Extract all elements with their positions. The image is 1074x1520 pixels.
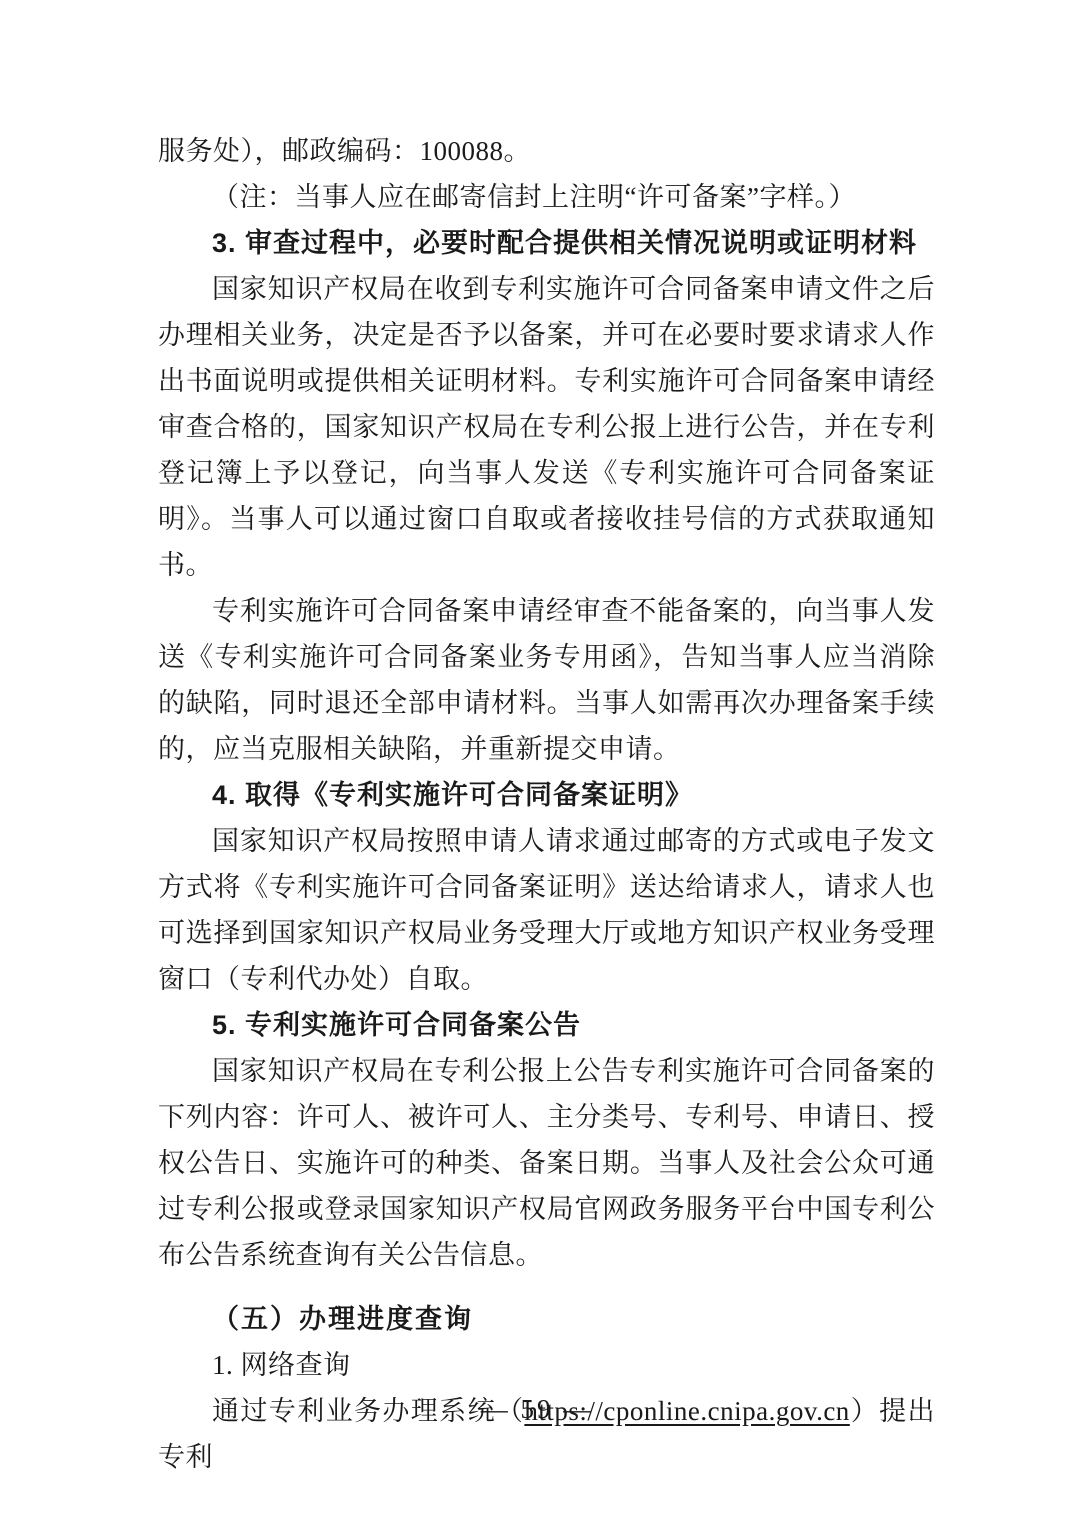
paragraph-announcement-contents: 国家知识产权局在专利公报上公告专利实施许可合同备案的下列内容：许可人、被许可人、… [158,1048,935,1278]
page-footer: — 59 — [0,1394,1074,1425]
section-heading-4: 4. 取得《专利实施许可合同备案证明》 [158,772,935,818]
paragraph-rejection-process: 专利实施许可合同备案申请经审查不能备案的，向当事人发送《专利实施许可合同备案业务… [158,588,935,772]
section-heading-3: 3. 审查过程中，必要时配合提供相关情况说明或证明材料 [158,220,935,266]
paragraph-examination-process: 国家知识产权局在收到专利实施许可合同备案申请文件之后办理相关业务，决定是否予以备… [158,266,935,588]
page-number: — 59 — [481,1394,594,1424]
subsection-heading-progress-inquiry: （五）办理进度查询 [158,1296,935,1342]
list-item-online-inquiry: 1. 网络查询 [158,1342,935,1388]
note-line: （注：当事人应在邮寄信封上注明“许可备案”字样。） [158,174,935,220]
document-page: 服务处），邮政编码：100088。 （注：当事人应在邮寄信封上注明“许可备案”字… [0,0,1074,1520]
section-heading-5: 5. 专利实施许可合同备案公告 [158,1002,935,1048]
paragraph-certificate-delivery: 国家知识产权局按照申请人请求通过邮寄的方式或电子发文方式将《专利实施许可合同备案… [158,818,935,1002]
paragraph-continuation: 服务处），邮政编码：100088。 [158,128,935,174]
page-content: 服务处），邮政编码：100088。 （注：当事人应在邮寄信封上注明“许可备案”字… [158,128,935,1480]
